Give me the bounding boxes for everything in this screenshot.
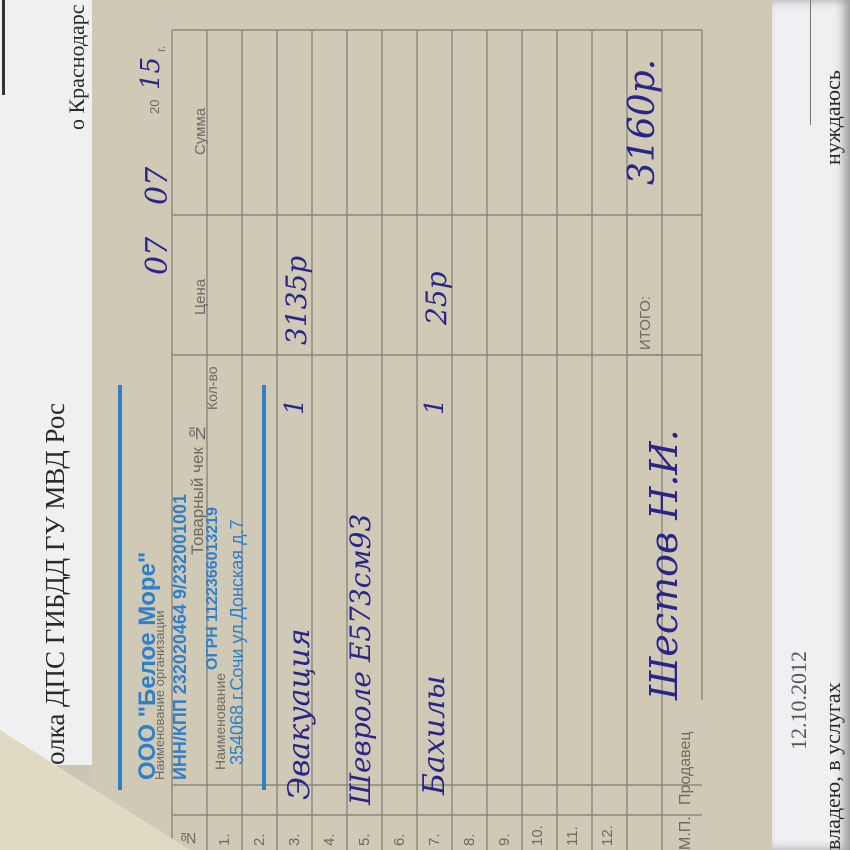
column-header-price: Цена [192,255,209,315]
sales-receipt: ООО "Белое Море" Наименование организаци… [92,0,772,850]
total-amount: 3160р. [622,45,663,185]
row-number: 2. [251,818,268,846]
row-number: 11. [564,818,581,846]
seller-signature: Шестов Н.И. [642,380,686,700]
row-number: 4. [321,818,338,846]
date-day: 07 [140,215,175,275]
row-number: 5. [356,818,373,846]
item-qty-row-7: 1 [420,385,450,415]
seller-label: Продавец [677,705,695,805]
row-number: 6. [391,818,408,846]
item-price-row-3: 3135р [280,235,313,345]
item-name-row-7: Бахилы [417,575,452,795]
year-suffix: г. [154,36,168,52]
column-header-name: Наименование [212,690,228,770]
background-text-city: о Краснодарс [64,0,90,130]
row-number: 10. [529,818,546,846]
stamp-place-label: М.П. [677,820,695,850]
row-number: 9. [496,818,513,846]
column-header-qty: Кол-во [204,360,220,410]
date-year: 15 [136,50,166,90]
stamp-ogrn: ОГРН 1122366013219 [204,450,222,670]
background-text-bottom: владею, в услугах [820,520,846,850]
row-number: 7. [426,818,443,846]
item-name-row-3: Эвакуация [282,540,317,800]
year-prefix: 20 [147,92,162,114]
row-number: 8. [461,818,478,846]
item-price-row-7: 25р [420,235,453,325]
background-date: 12.10.2012 [786,520,812,750]
form-rule [810,0,811,125]
row-number: 12. [599,818,616,846]
column-header-sum: Сумма [192,85,209,155]
item-name-row-4: Шевроле E573см93 [344,395,377,805]
row-number: 1. [216,818,233,846]
background-text-top: нуждаюсь [820,0,846,165]
date-month: 07 [140,145,175,205]
folded-paper-corner [0,730,190,850]
background-document-right: нуждаюсь 12.10.2012 владею, в услугах [772,0,850,850]
item-qty-row-3: 1 [280,385,310,415]
stamp-address: 354068 г.Сочи ул.Донская д.7 [227,405,248,765]
background-document-left: олка ДПС ГИБДД ГУ МВД Рос о Краснодарс [0,0,92,765]
total-label: ИТОГО: [637,280,654,350]
row-number: 3. [286,818,303,846]
form-rule [2,0,5,95]
